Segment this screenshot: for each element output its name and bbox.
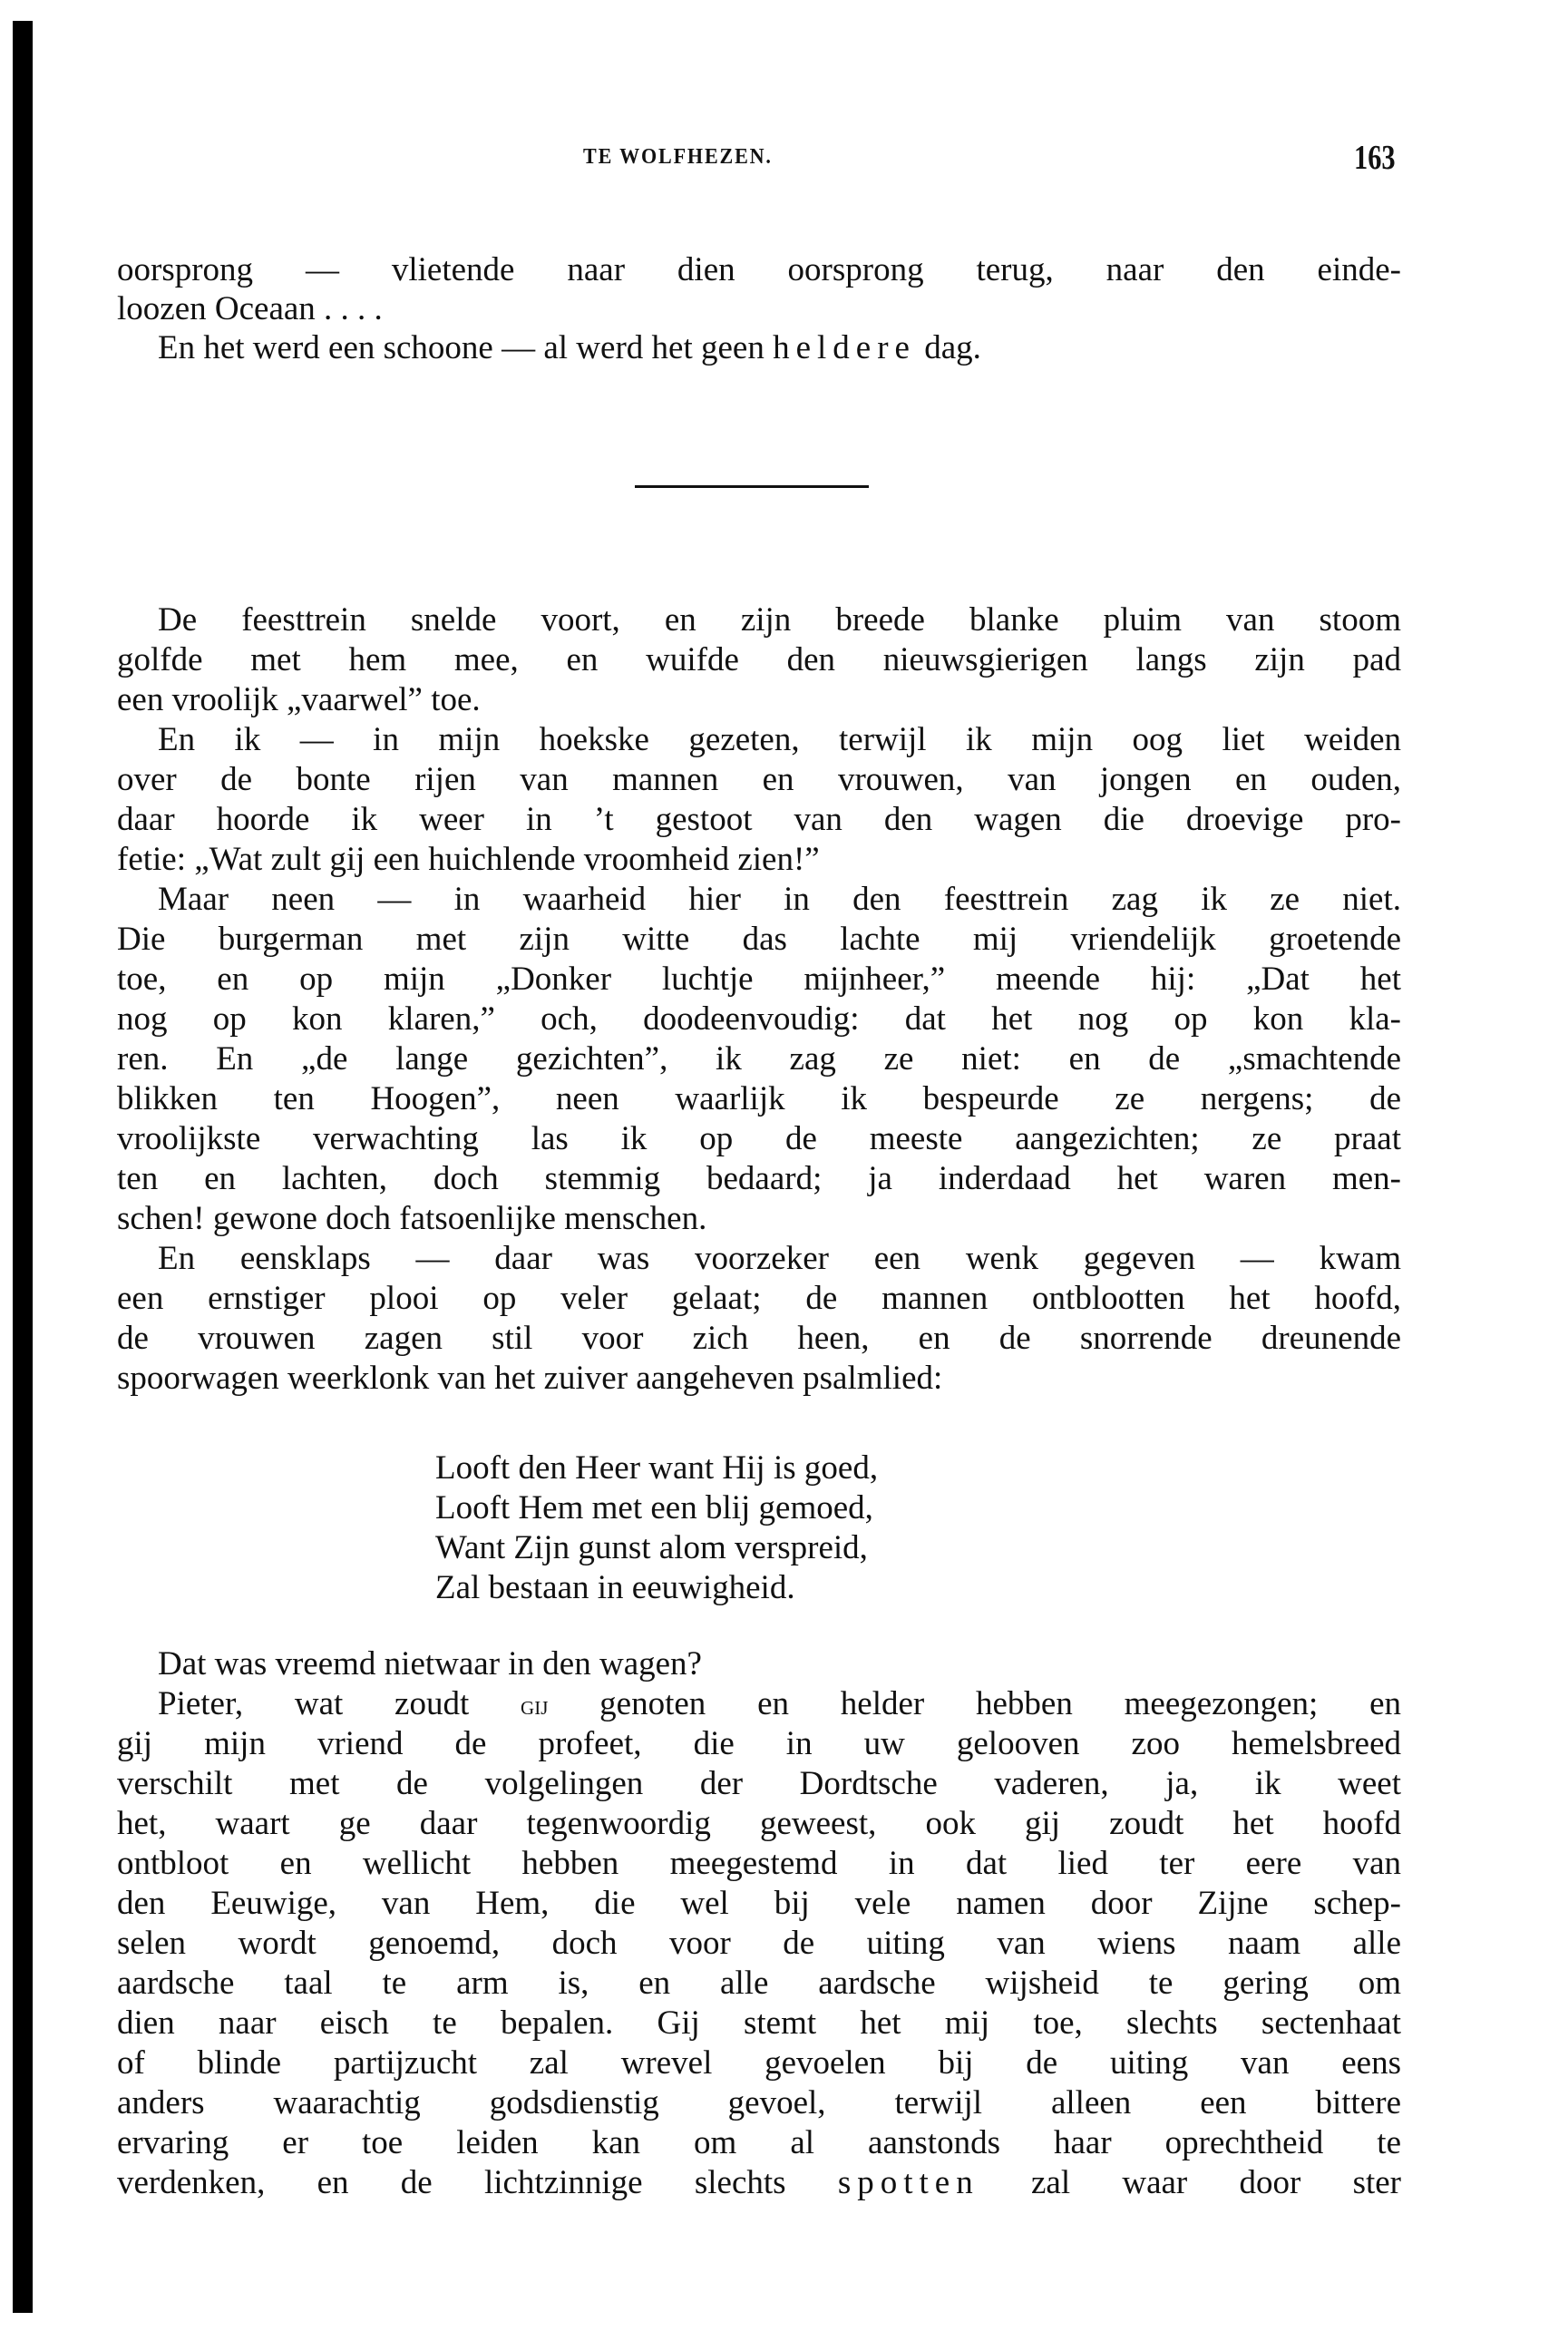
text-line: daar hoorde ik weer in ’t gestoot van de… (117, 800, 1401, 840)
poem-line: Want Zijn gunst alom verspreid, (435, 1528, 1161, 1568)
text-line: de vrouwen zagen stil voor zich heen, en… (117, 1319, 1401, 1359)
emphasized-word: gij (521, 1691, 548, 1721)
text-line: schen! gewone doch fatsoenlijke menschen… (117, 1199, 1401, 1239)
text-line: vroolijkste verwachting las ik op de mee… (117, 1119, 1401, 1159)
poem-line: Looft den Heer want Hij is goed, (435, 1448, 1161, 1488)
poem-line: Looft Hem met een blij gemoed, (435, 1488, 1161, 1528)
running-head-title: TE WOLFHEZEN. (583, 145, 773, 170)
text-line: toe, en op mijn „Donker luchtje mijnheer… (117, 960, 1401, 1000)
text-line: En het werd een schoone — al werd het ge… (117, 328, 1401, 368)
text-line: den Eeuwige, van Hem, die wel bij vele n… (117, 1884, 1401, 1924)
text-line: golfde met hem mee, en wuifde den nieuws… (117, 640, 1401, 680)
text-line: over de bonte rijen van mannen en vrouwe… (117, 760, 1401, 800)
text-line: Dat was vreemd nietwaar in den wagen? (117, 1644, 1401, 1684)
running-head: TE WOLFHEZEN. 163 (0, 145, 1568, 181)
text-line: Die burgerman met zijn witte das lachte … (117, 920, 1401, 960)
text-line: dien naar eisch te bepalen. Gij stemt he… (117, 2004, 1401, 2043)
page-number: 163 (1354, 138, 1396, 178)
text-line: De feesttrein snelde voort, en zijn bree… (117, 600, 1401, 640)
emphasized-word: heldere (773, 329, 916, 366)
text-line: selen wordt genoemd, doch voor de uiting… (117, 1924, 1401, 1964)
text-line: oorsprong — vlietende naar dien oorspron… (117, 250, 1401, 290)
text-line: of blinde partijzucht zal wrevel gevoele… (117, 2043, 1401, 2083)
text-line: En ik — in mijn hoekske gezeten, terwijl… (117, 720, 1401, 760)
text-line: anders waarachtig godsdienstig gevoel, t… (117, 2083, 1401, 2123)
text-line: een ernstiger plooi op veler gelaat; de … (117, 1279, 1401, 1319)
text-line: nog op kon klaren,” och, doodeenvoudig: … (117, 1000, 1401, 1039)
section-divider (635, 485, 869, 488)
text-line: loozen Oceaan . . . . (117, 289, 1401, 329)
book-binding-edge (13, 21, 33, 2313)
text-line: ontbloot en wellicht hebben meegestemd i… (117, 1844, 1401, 1884)
text-line: verdenken, en de lichtzinnige slechts sp… (117, 2163, 1401, 2203)
text-line: blikken ten Hoogen”, neen waarlijk ik be… (117, 1079, 1401, 1119)
text-line: ervaring er toe leiden kan om al aanston… (117, 2123, 1401, 2163)
text-line: En eensklaps — daar was voorzeker een we… (117, 1239, 1401, 1279)
text-line: gij mijn vriend de profeet, die in uw ge… (117, 1724, 1401, 1764)
text-line: aardsche taal te arm is, en alle aardsch… (117, 1964, 1401, 2004)
text-line: het, waart ge daar tegenwoordig geweest,… (117, 1804, 1401, 1844)
text-line: verschilt met de volgelingen der Dordtsc… (117, 1764, 1401, 1804)
text-line: ten en lachten, doch stemmig bedaard; ja… (117, 1159, 1401, 1199)
text-line: Pieter, wat zoudt gij genoten en helder … (117, 1684, 1401, 1724)
text-line: fetie: „Wat zult gij een huichlende vroo… (117, 840, 1401, 880)
emphasized-word: spotten (838, 2164, 979, 2201)
text-line: een vroolijk „vaarwel” toe. (117, 680, 1401, 720)
text-line: spoorwagen weerklonk van het zuiver aang… (117, 1359, 1401, 1399)
poem-line: Zal bestaan in eeuwigheid. (435, 1568, 1161, 1608)
text-line: Maar neen — in waarheid hier in den fees… (117, 880, 1401, 920)
text-line: ren. En „de lange gezichten”, ik zag ze … (117, 1039, 1401, 1079)
